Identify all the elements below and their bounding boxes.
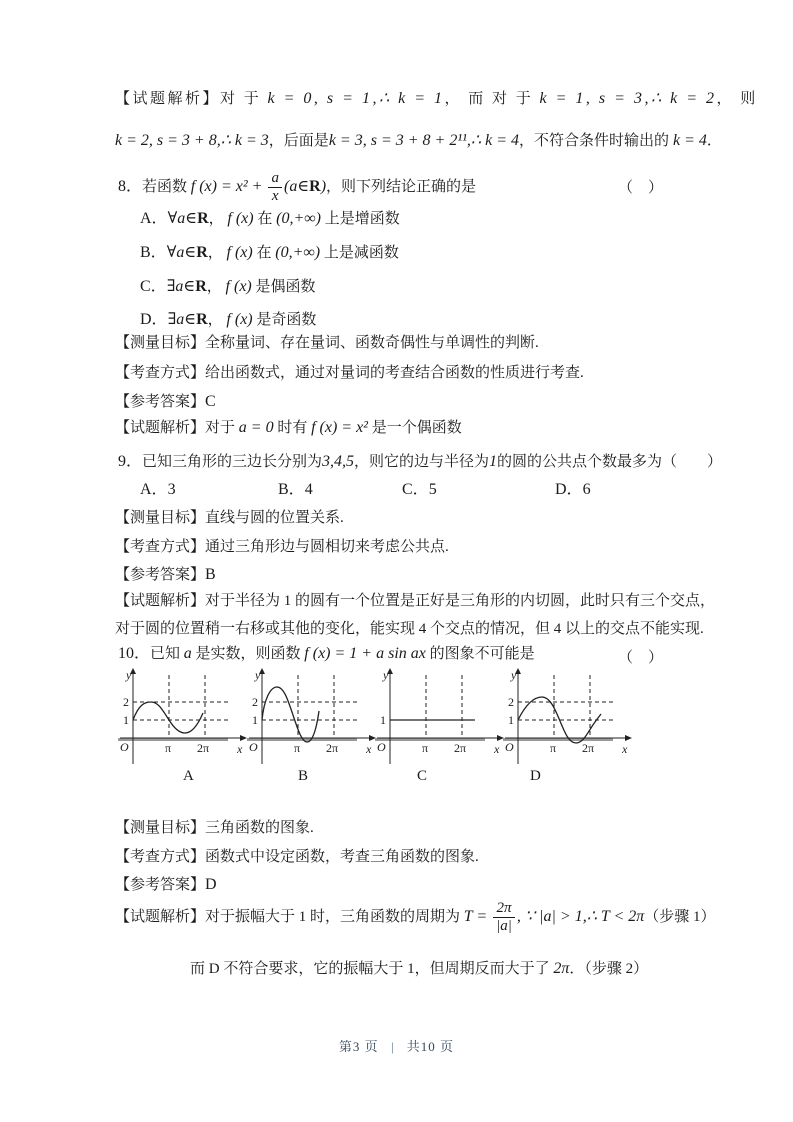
tick-pi: π bbox=[294, 741, 300, 755]
y-axis-label: y bbox=[254, 668, 261, 682]
sine-curve bbox=[133, 702, 203, 733]
tick-2: 2 bbox=[252, 695, 258, 709]
q10-target: 【测量目标】三角函数的图象. bbox=[115, 817, 314, 839]
q8-answer-paren: （ ） bbox=[618, 176, 663, 197]
q9-answer: 【参考答案】B bbox=[115, 564, 216, 586]
footer-page-number: 第3 页 bbox=[339, 1039, 379, 1054]
footer-total-pages: 共10 页 bbox=[407, 1039, 454, 1054]
graph-label-c: C bbox=[417, 768, 427, 785]
graph-option-b: y x O 2 1 π 2π bbox=[247, 666, 377, 766]
tick-1: 1 bbox=[380, 713, 386, 727]
q9-option-b: B．4 bbox=[278, 479, 313, 501]
tick-1: 1 bbox=[252, 713, 258, 727]
q9-solution-line1: 【试题解析】对于半径为 1 的圆有一个位置是正好是三角形的内切圆，此时只有三个交… bbox=[115, 590, 715, 612]
x-axis-label: x bbox=[365, 742, 372, 756]
origin-label: O bbox=[120, 740, 129, 754]
graph-label-a: A bbox=[183, 768, 194, 785]
q10-solution-line2: 而 D 不符合要求，它的振幅大于 1，但周期反而大于了 2π．（步骤 2） bbox=[190, 958, 648, 980]
q9-option-c-label: C． bbox=[402, 481, 429, 498]
tick-1: 1 bbox=[123, 713, 129, 727]
q9-option-d-value: 6 bbox=[583, 481, 591, 498]
q7-solution-line2: k = 2, s = 3 + 8,∴ k = 3，后面是k = 3, s = 3… bbox=[115, 130, 722, 152]
q9-option-b-label: B． bbox=[278, 481, 305, 498]
q7-solution-line1: 【试题解析】对 于 k = 0, s = 1,∴ k = 1， 而 对 于 k … bbox=[115, 88, 758, 110]
q8-option-b: B．∀a∈R， f (x) 在 (0,+∞) 上是减函数 bbox=[140, 242, 399, 264]
y-axis-label: y bbox=[382, 668, 389, 682]
x-axis-label: x bbox=[236, 742, 243, 756]
sine-curve bbox=[262, 687, 319, 742]
graph-label-d: D bbox=[530, 768, 541, 785]
q9-option-a-label: A． bbox=[140, 481, 168, 498]
q8-stem: 8．若函数 f (x) = x² + ax(a∈R)，则下列结论正确的是 bbox=[118, 170, 476, 206]
exam-solution-page: { "document": { "q7_solution": { "line1"… bbox=[0, 0, 793, 1122]
q8-method: 【考查方式】给出函数式，通过对量词的考查结合函数的性质进行考查. bbox=[115, 362, 584, 384]
q10-method: 【考查方式】函数式中设定函数，考查三角函数的图象. bbox=[115, 846, 479, 868]
tick-2pi: 2π bbox=[326, 741, 338, 755]
q9-option-c: C．5 bbox=[402, 479, 437, 501]
q9-option-d-label: D． bbox=[555, 481, 583, 498]
tick-2: 2 bbox=[123, 695, 129, 709]
graph-option-c: y x O 1 π 2π bbox=[375, 666, 505, 766]
q8-answer: 【参考答案】C bbox=[115, 391, 216, 413]
origin-label: O bbox=[505, 740, 514, 754]
q8-option-d: D．∃a∈R， f (x) 是奇函数 bbox=[140, 309, 316, 331]
q10-answer: 【参考答案】D bbox=[115, 874, 217, 896]
q8-target: 【测量目标】全称量词、存在量词、函数奇偶性与单调性的判断. bbox=[115, 332, 539, 354]
q9-solution-line2: 对于圆的位置稍一右移或其他的变化，能实现 4 个交点的情况，但 4 以上的交点不… bbox=[115, 618, 704, 640]
tick-2: 2 bbox=[508, 695, 514, 709]
q9-option-a: A．3 bbox=[140, 479, 176, 501]
graph-option-d: y x O 2 1 π 2π bbox=[503, 666, 633, 766]
q10-solution-line1: 【试题解析】对于振幅大于 1 时，三角函数的周期为 T = 2π|a|, ∵ |… bbox=[115, 900, 716, 936]
page-footer: 第3 页 | 共10 页 bbox=[0, 1036, 793, 1055]
q8-option-c: C．∃a∈R， f (x) 是偶函数 bbox=[140, 276, 316, 298]
q9-method: 【考查方式】通过三角形边与圆相切来考虑公共点. bbox=[115, 536, 449, 558]
tick-pi: π bbox=[165, 741, 171, 755]
q8-option-a: A．∀a∈R， f (x) 在 (0,+∞) 上是增函数 bbox=[140, 208, 400, 230]
x-axis-arrow bbox=[625, 735, 632, 741]
y-axis-label: y bbox=[125, 668, 132, 682]
q10-answer-paren: （ ） bbox=[618, 646, 663, 667]
x-axis-arrow bbox=[240, 735, 247, 741]
q9-option-d: D．6 bbox=[555, 479, 591, 501]
tick-2pi: 2π bbox=[454, 741, 466, 755]
graph-label-b: B bbox=[298, 768, 308, 785]
tick-1: 1 bbox=[508, 713, 514, 727]
graph-option-a: y x O 2 1 π 2π bbox=[118, 666, 248, 766]
q9-target: 【测量目标】直线与圆的位置关系. bbox=[115, 507, 344, 529]
q9-stem: 9．已知三角形的三边长分别为3,4,5，则它的边与半径为1的圆的公共点个数最多为… bbox=[118, 451, 722, 473]
tick-pi: π bbox=[550, 741, 556, 755]
q9-option-a-value: 3 bbox=[168, 481, 176, 498]
x-axis-label: x bbox=[621, 742, 628, 756]
tick-pi: π bbox=[422, 741, 428, 755]
origin-label: O bbox=[377, 740, 386, 754]
q8-solution: 【试题解析】对于 a = 0 时有 f (x) = x² 是一个偶函数 bbox=[115, 417, 462, 439]
q9-option-c-value: 5 bbox=[429, 481, 437, 498]
tick-2pi: 2π bbox=[197, 741, 209, 755]
y-axis-label: y bbox=[510, 668, 517, 682]
tick-2pi: 2π bbox=[582, 741, 594, 755]
q10-stem: 10．已知 a 是实数，则函数 f (x) = 1 + a sin ax 的图象… bbox=[118, 643, 535, 665]
origin-label: O bbox=[249, 740, 258, 754]
q9-option-b-value: 4 bbox=[305, 481, 313, 498]
x-axis-label: x bbox=[493, 742, 500, 756]
footer-separator: | bbox=[391, 1039, 395, 1054]
